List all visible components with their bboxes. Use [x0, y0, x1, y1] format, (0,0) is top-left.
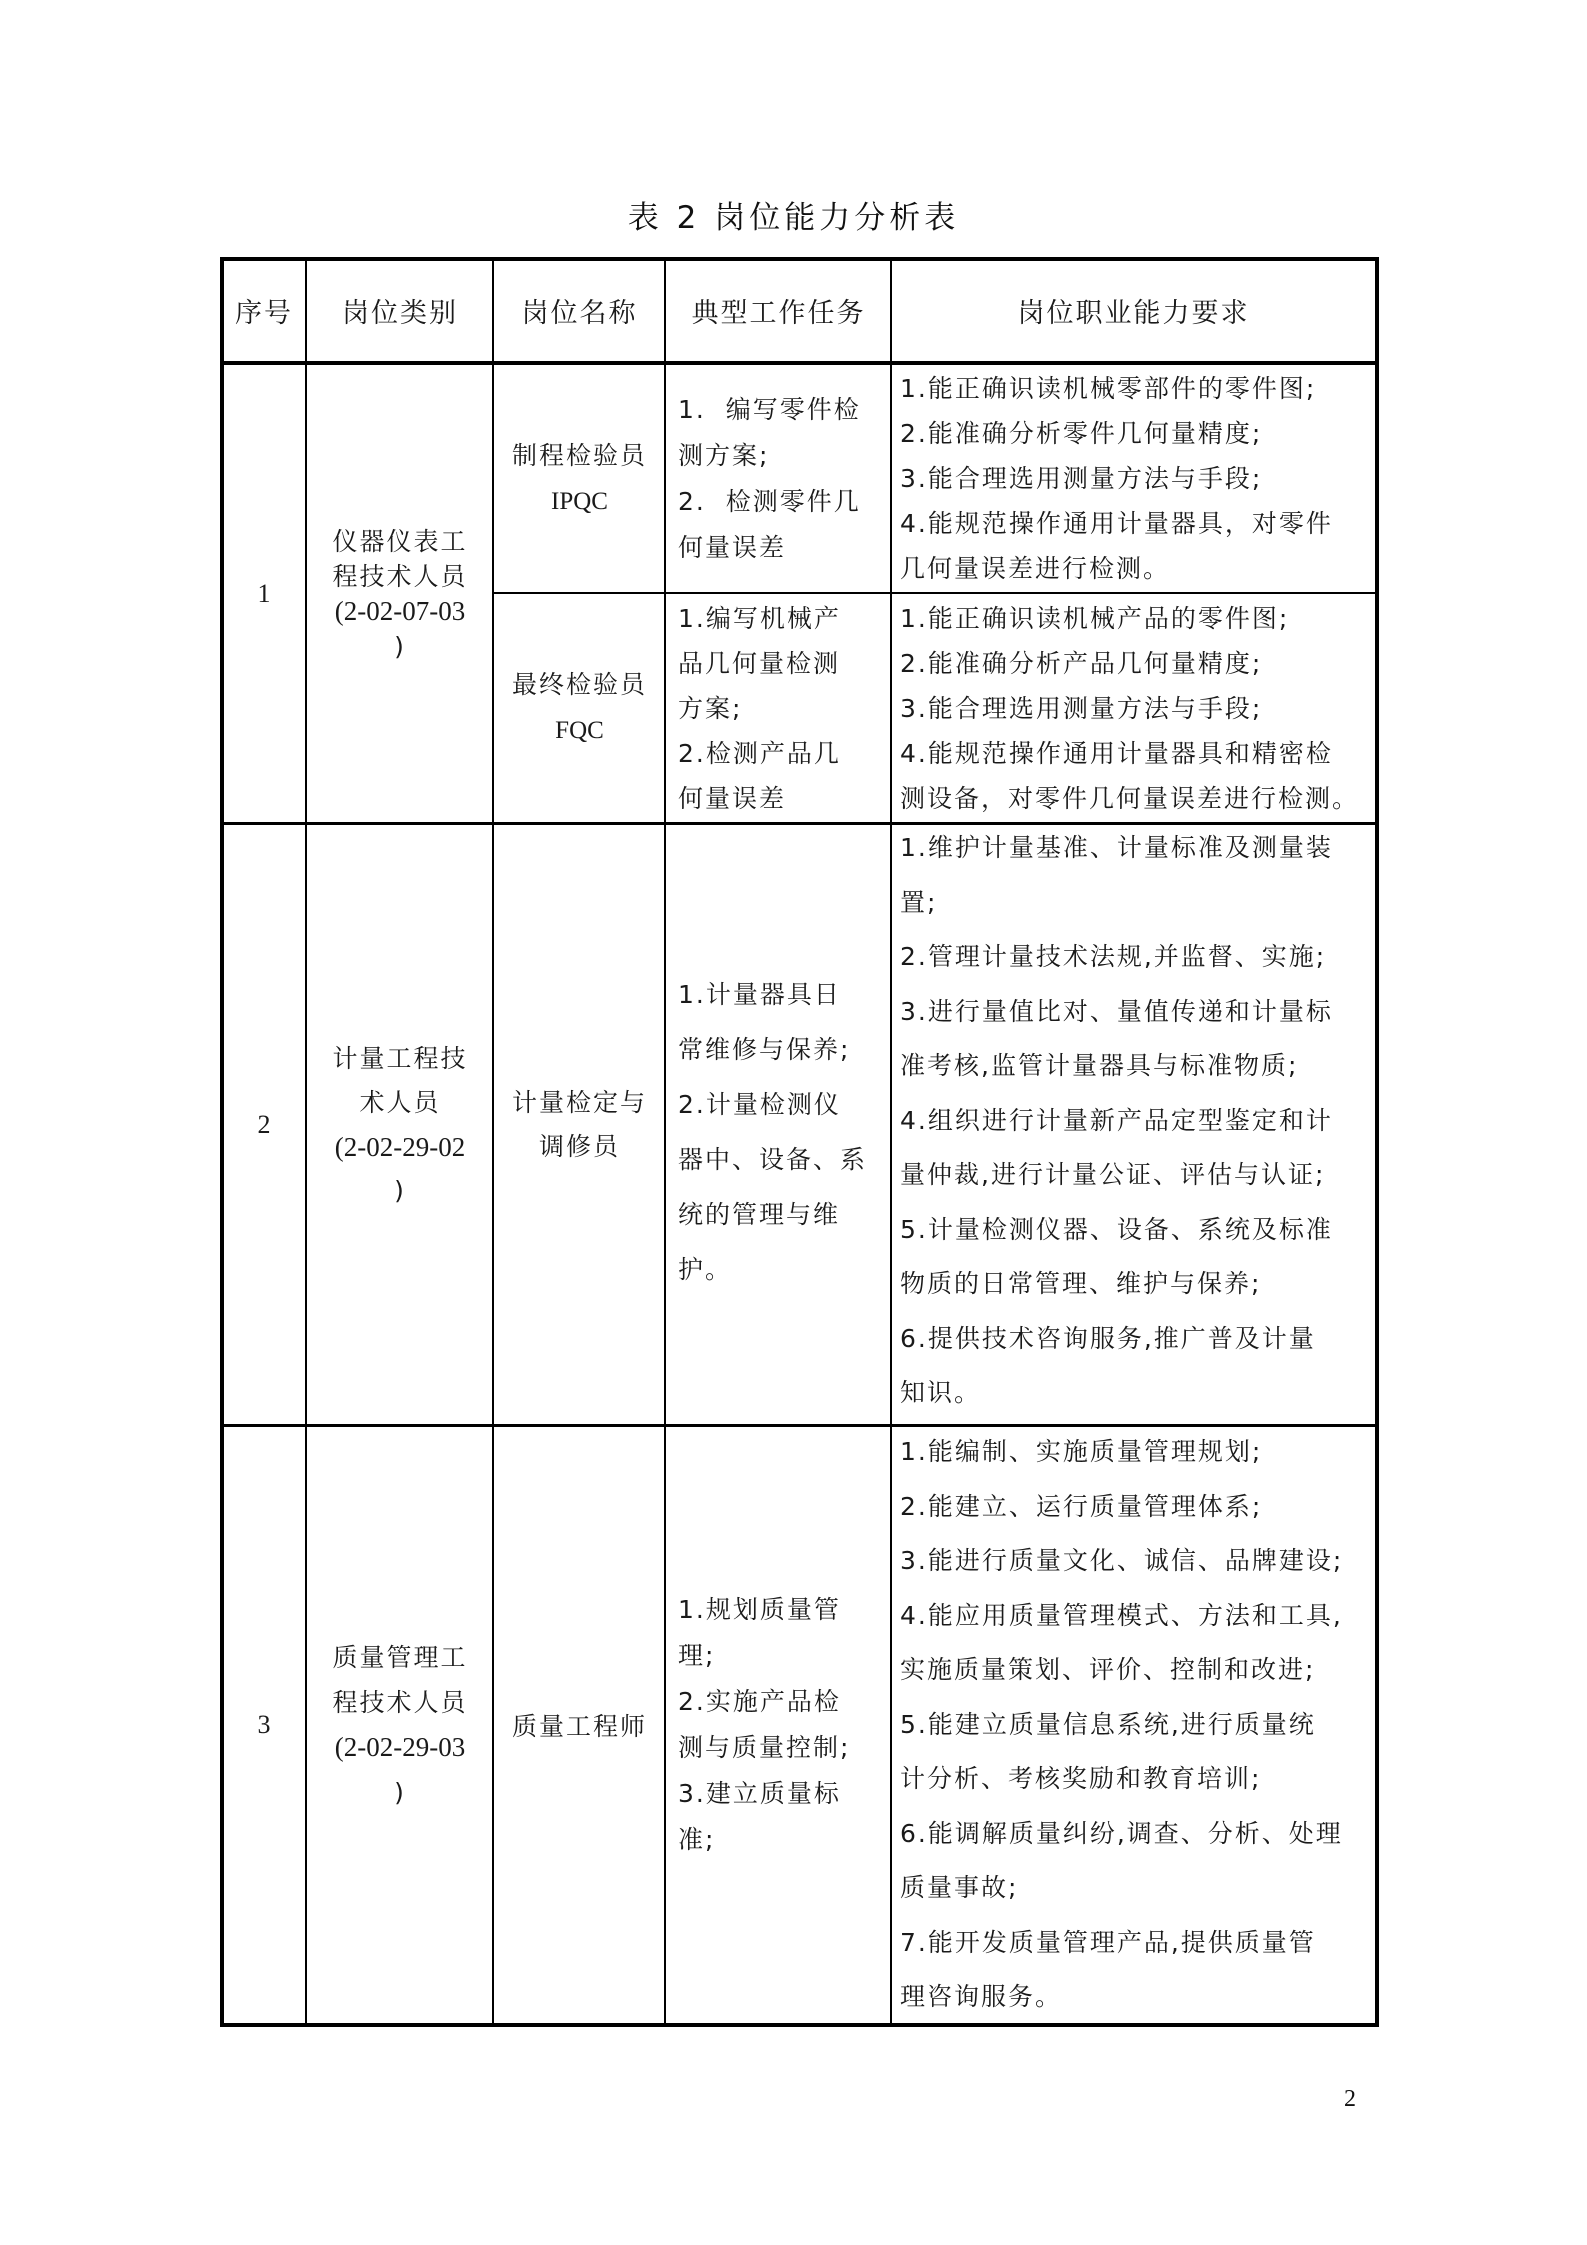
- index-value: 3: [258, 1710, 271, 1740]
- header-position: 岗位名称: [494, 259, 665, 361]
- position-line: 质量工程师: [512, 1707, 647, 1743]
- row-2-tasks: 1.计量器具日 常维修与保养; 2.计量检测仪 器中、设备、系 统的管理与维 护…: [678, 825, 890, 1424]
- requirement-line: 2.能准确分析零件几何量精度;: [900, 411, 1333, 456]
- row-1a-requirements: 1.能正确识读机械零部件的零件图; 2.能准确分析零件几何量精度; 3.能合理选…: [900, 365, 1375, 592]
- requirement-line: 准考核,监管计量器具与标准物质;: [900, 1039, 1333, 1094]
- requirement-line: 3.进行量值比对、量值传递和计量标: [900, 985, 1333, 1040]
- task-line: 何量误差: [678, 525, 861, 571]
- row-2-index: 2: [222, 825, 306, 1424]
- row-1b-position: 最终检验员 FQC: [494, 594, 665, 822]
- category-line: (2-02-29-02: [335, 1125, 465, 1169]
- row-3-requirements: 1.能编制、实施质量管理规划; 2.能建立、运行质量管理体系; 3.能进行质量文…: [900, 1427, 1375, 2023]
- requirement-line: 1.能正确识读机械产品的零件图;: [900, 596, 1359, 641]
- task-line: 测与质量控制;: [678, 1725, 850, 1771]
- requirement-line: 2.能准确分析产品几何量精度;: [900, 641, 1359, 686]
- task-line: 常维修与保养;: [678, 1022, 867, 1077]
- requirement-line: 6.能调解质量纠纷,调查、分析、处理: [900, 1807, 1343, 1862]
- requirement-line: 1.维护计量基准、计量标准及测量装: [900, 821, 1333, 876]
- row-1a-position: 制程检验员 IPQC: [494, 365, 665, 592]
- requirement-line: 知识。: [900, 1366, 1333, 1421]
- task-line: 器中、设备、系: [678, 1132, 867, 1187]
- header-index: 序号: [222, 259, 306, 361]
- requirement-line: 置;: [900, 876, 1333, 931]
- task-line: 品几何量检测: [678, 641, 841, 686]
- requirement-line: 5.计量检测仪器、设备、系统及标准: [900, 1203, 1333, 1258]
- index-value: 2: [258, 1110, 271, 1140]
- task-line: 何量误差: [678, 776, 841, 821]
- header-requirements: 岗位职业能力要求: [892, 259, 1375, 361]
- header-tasks: 典型工作任务: [666, 259, 891, 361]
- table-title: 表 2 岗位能力分析表: [0, 192, 1587, 237]
- requirement-line: 理咨询服务。: [900, 1970, 1343, 2025]
- task-line: 方案;: [678, 686, 841, 731]
- row-1b-tasks: 1.编写机械产 品几何量检测 方案; 2.检测产品几 何量误差: [678, 594, 890, 822]
- task-line: 护。: [678, 1242, 867, 1297]
- category-line: 程技术人员: [332, 559, 467, 594]
- task-line: 测方案;: [678, 433, 861, 479]
- row-1b-requirements: 1.能正确识读机械产品的零件图; 2.能准确分析产品几何量精度; 3.能合理选用…: [900, 594, 1375, 822]
- task-line: 2. 检测零件几: [678, 479, 861, 525]
- header-label: 岗位名称: [522, 291, 638, 330]
- col-divider-4: [890, 257, 892, 2027]
- task-line: 准;: [678, 1817, 850, 1863]
- requirement-line: 物质的日常管理、维护与保养;: [900, 1257, 1333, 1312]
- requirement-line: 6.提供技术咨询服务,推广普及计量: [900, 1312, 1333, 1367]
- requirement-line: 3.能合理选用测量方法与手段;: [900, 456, 1333, 501]
- position-line: IPQC: [551, 479, 608, 525]
- requirement-line: 计分析、考核奖励和教育培训;: [900, 1752, 1343, 1807]
- row-2-category: 计量工程技 术人员 (2-02-29-02 ): [307, 825, 493, 1424]
- task-line: 2.实施产品检: [678, 1679, 850, 1725]
- task-line: 1.计量器具日: [678, 967, 867, 1022]
- requirement-line: 1.能正确识读机械零部件的零件图;: [900, 366, 1333, 411]
- row-3-tasks: 1.规划质量管 理; 2.实施产品检 测与质量控制; 3.建立质量标 准;: [678, 1427, 890, 2023]
- row-2-requirements: 1.维护计量基准、计量标准及测量装 置; 2.管理计量技术法规,并监督、实施; …: [900, 825, 1375, 1424]
- position-line: 调修员: [539, 1125, 620, 1169]
- category-line: ): [394, 629, 406, 664]
- header-label: 典型工作任务: [692, 291, 866, 330]
- header-category: 岗位类别: [307, 259, 493, 361]
- position-line: 计量检定与: [512, 1081, 647, 1125]
- category-line: 质量管理工: [332, 1635, 467, 1680]
- header-label: 岗位职业能力要求: [1018, 291, 1250, 330]
- task-line: 统的管理与维: [678, 1187, 867, 1242]
- row-3-category: 质量管理工 程技术人员 (2-02-29-03 ): [307, 1427, 493, 2023]
- row-3-position: 质量工程师: [494, 1427, 665, 2023]
- index-value: 1: [258, 579, 271, 609]
- category-line: (2-02-29-03: [335, 1725, 465, 1770]
- requirement-line: 3.能进行质量文化、诚信、品牌建设;: [900, 1534, 1343, 1589]
- category-line: ): [394, 1169, 406, 1213]
- header-label: 序号: [235, 291, 293, 330]
- position-line: FQC: [555, 708, 604, 754]
- requirement-line: 1.能编制、实施质量管理规划;: [900, 1425, 1343, 1480]
- position-line: 最终检验员: [512, 662, 647, 708]
- requirement-line: 几何量误差进行检测。: [900, 546, 1333, 591]
- task-line: 理;: [678, 1633, 850, 1679]
- task-line: 1.编写机械产: [678, 596, 841, 641]
- category-line: 程技术人员: [332, 1680, 467, 1725]
- row-3-index: 3: [222, 1427, 306, 2023]
- requirement-line: 4.组织进行计量新产品定型鉴定和计: [900, 1094, 1333, 1149]
- requirement-line: 4.能规范操作通用计量器具，对零件: [900, 501, 1333, 546]
- category-line: (2-02-07-03: [335, 594, 465, 629]
- task-line: 2.检测产品几: [678, 731, 841, 776]
- requirement-line: 2.管理计量技术法规,并监督、实施;: [900, 930, 1333, 985]
- task-line: 2.计量检测仪: [678, 1077, 867, 1132]
- header-label: 岗位类别: [342, 291, 458, 330]
- requirement-line: 2.能建立、运行质量管理体系;: [900, 1480, 1343, 1535]
- requirement-line: 质量事故;: [900, 1861, 1343, 1916]
- requirement-line: 4.能规范操作通用计量器具和精密检: [900, 731, 1359, 776]
- requirement-line: 4.能应用质量管理模式、方法和工具,: [900, 1589, 1343, 1644]
- requirement-line: 3.能合理选用测量方法与手段;: [900, 686, 1359, 731]
- category-line: 术人员: [359, 1081, 440, 1125]
- requirement-line: 5.能建立质量信息系统,进行质量统: [900, 1698, 1343, 1753]
- requirement-line: 测设备，对零件几何量误差进行检测。: [900, 776, 1359, 821]
- category-line: 仪器仪表工: [332, 524, 467, 559]
- task-line: 1.规划质量管: [678, 1587, 850, 1633]
- requirement-line: 7.能开发质量管理产品,提供质量管: [900, 1916, 1343, 1971]
- task-line: 1. 编写零件检: [678, 387, 861, 433]
- category-line: 计量工程技: [332, 1037, 467, 1081]
- row-2-position: 计量检定与 调修员: [494, 825, 665, 1424]
- task-line: 3.建立质量标: [678, 1771, 850, 1817]
- page-number: 2: [1344, 2086, 1356, 2113]
- row-1-category: 仪器仪表工 程技术人员 (2-02-07-03 ): [307, 365, 493, 822]
- requirement-line: 量仲裁,进行计量公证、评估与认证;: [900, 1148, 1333, 1203]
- row-1-index: 1: [222, 365, 306, 822]
- category-line: ): [394, 1770, 406, 1815]
- position-line: 制程检验员: [512, 433, 647, 479]
- requirement-line: 实施质量策划、评价、控制和改进;: [900, 1643, 1343, 1698]
- row-1a-tasks: 1. 编写零件检 测方案; 2. 检测零件几 何量误差: [678, 365, 890, 592]
